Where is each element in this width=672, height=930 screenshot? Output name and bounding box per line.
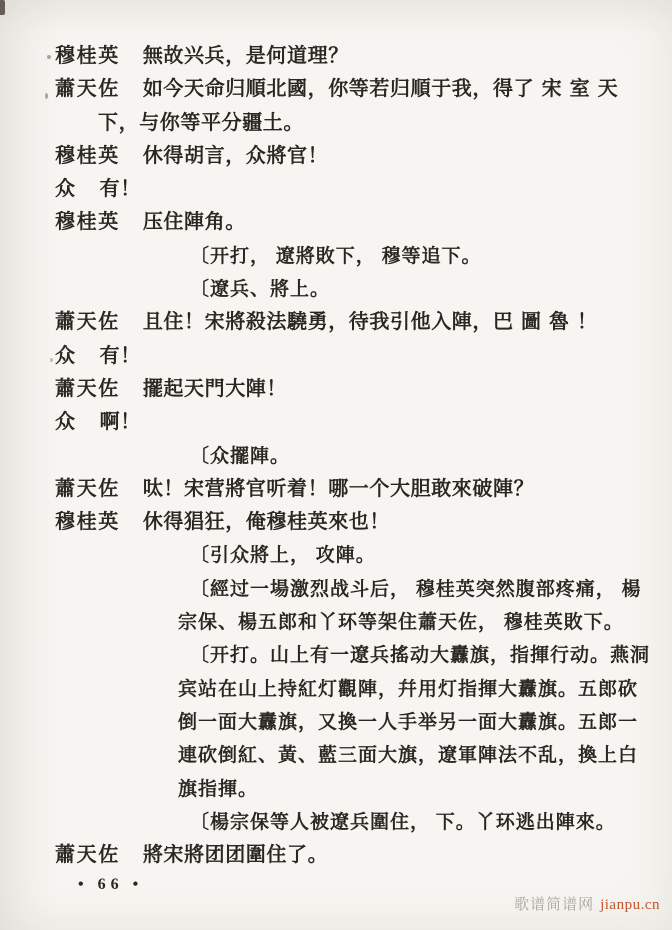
speaker-name: 穆桂英 xyxy=(55,506,120,539)
script-line: 蕭天佐呔！宋营將官听着！哪一个大胆敢來破陣？ xyxy=(0,473,672,506)
dialogue-text: 且住！宋將殺法驍勇，待我引他入陣， xyxy=(143,311,493,333)
dialogue-text: 如今天命归順北國，你等若归順于我，得 xyxy=(143,78,514,100)
script-line: 下，与你等平分疆土。 xyxy=(0,107,672,140)
speaker-name: 蕭天佐 xyxy=(55,473,120,506)
speaker-name: 蕭天佐 xyxy=(55,373,120,406)
dialogue-text: 休得胡言，众將官！ xyxy=(143,145,328,167)
script-line: 蕭天佐如今天命归順北國，你等若归順于我，得了宋室天 xyxy=(0,73,672,106)
scan-artifact-mark xyxy=(0,0,5,15)
dialogue-text: 压住陣角。 xyxy=(143,211,246,233)
stage-text: 〔遼兵、將上。 xyxy=(190,279,330,300)
stage-direction: 〔遼兵、將上。 xyxy=(0,273,672,306)
dialogue-text: 無故兴兵，是何道理？ xyxy=(143,45,349,67)
stage-direction: 旗指揮。 xyxy=(0,773,672,806)
dialogue-text: ！ xyxy=(577,311,598,333)
stage-text: 倒一面大纛旗，又換一人手举另一面大纛旗。五郎一 xyxy=(178,712,638,733)
stage-direction: 宗保、楊五郎和丫环等架住蕭天佐， 穆桂英敗下。 xyxy=(0,606,672,639)
stage-direction: 〔楊宗保等人被遼兵圍住， 下。丫环逃出陣來。 xyxy=(0,806,672,839)
dialogue-text: 將宋將团团圍住了。 xyxy=(143,844,328,866)
script-line: 蕭天佐將宋將团团圍住了。 xyxy=(0,839,672,872)
speaker-name: 蕭天佐 xyxy=(55,306,120,339)
speaker-name: 蕭天佐 xyxy=(55,73,120,106)
emphasis-text: 巴圖魯 xyxy=(493,311,577,333)
stage-direction: 〔引众將上， 攻陣。 xyxy=(0,539,672,572)
script-line: 穆桂英压住陣角。 xyxy=(0,206,672,239)
dialogue-text: 啊！ xyxy=(100,411,141,433)
document-page: 穆桂英無故兴兵，是何道理？蕭天佐如今天命归順北國，你等若归順于我，得了宋室天下，… xyxy=(0,0,672,930)
stage-direction: 宾站在山上持紅灯觀陣，幷用灯指揮大纛旗。五郎砍 xyxy=(0,673,672,706)
dialogue-text: 有！ xyxy=(100,345,141,367)
speaker-name: 众 xyxy=(55,340,77,373)
watermark-site-name: 歌谱简谱网 xyxy=(514,897,594,913)
stage-text: 〔开打， 遼將敗下， 穆等追下。 xyxy=(190,246,482,267)
stage-text: 〔引众將上， 攻陣。 xyxy=(190,545,376,566)
stage-direction: 倒一面大纛旗，又換一人手举另一面大纛旗。五郎一 xyxy=(0,706,672,739)
speaker-name: 蕭天佐 xyxy=(55,839,120,872)
dialogue-text: 休得猖狂，俺穆桂英來也！ xyxy=(143,511,390,533)
script-line: 蕭天佐且住！宋將殺法驍勇，待我引他入陣，巴圖魯！ xyxy=(0,306,672,339)
stage-direction: 〔經过一場激烈战斗后， 穆桂英突然腹部疼痛， 楊 xyxy=(0,573,672,606)
speaker-name: 众 xyxy=(55,406,77,439)
script-line: 众有！ xyxy=(0,173,672,206)
speaker-name: 穆桂英 xyxy=(55,40,120,73)
stage-text: 連砍倒紅、黃、藍三面大旗，遼軍陣法不乱，換上白 xyxy=(178,745,638,766)
stage-text: 〔經过一場激烈战斗后， 穆桂英突然腹部疼痛， 楊 xyxy=(190,579,642,600)
stage-text: 宾站在山上持紅灯觀陣，幷用灯指揮大纛旗。五郎砍 xyxy=(178,679,638,700)
dialogue-text: 有！ xyxy=(100,178,141,200)
watermark: 歌谱简谱网jianpu.cn xyxy=(514,893,660,914)
dialogue-text: 下，与你等平分疆土。 xyxy=(98,112,304,134)
script-text-block: 穆桂英無故兴兵，是何道理？蕭天佐如今天命归順北國，你等若归順于我，得了宋室天下，… xyxy=(0,40,672,872)
watermark-site-url: jianpu.cn xyxy=(600,897,660,913)
dialogue-text: 呔！宋营將官听着！哪一个大胆敢來破陣？ xyxy=(143,478,534,500)
script-line: 众有！ xyxy=(0,340,672,373)
speaker-name: 穆桂英 xyxy=(55,206,120,239)
script-line: 蕭天佐擺起天門大陣！ xyxy=(0,373,672,406)
script-line: 穆桂英休得猖狂，俺穆桂英來也！ xyxy=(0,506,672,539)
script-line: 穆桂英無故兴兵，是何道理？ xyxy=(0,40,672,73)
speaker-name: 众 xyxy=(55,173,77,206)
script-line: 众啊！ xyxy=(0,406,672,439)
script-line: 穆桂英休得胡言，众將官！ xyxy=(0,140,672,173)
page-number: • 66 • xyxy=(78,876,143,894)
stage-direction: 〔开打， 遼將敗下， 穆等追下。 xyxy=(0,240,672,273)
emphasis-text: 了宋室天 xyxy=(514,78,626,100)
stage-text: 宗保、楊五郎和丫环等架住蕭天佐， 穆桂英敗下。 xyxy=(178,612,624,633)
stage-text: 〔楊宗保等人被遼兵圍住， 下。丫环逃出陣來。 xyxy=(190,812,616,833)
stage-text: 旗指揮。 xyxy=(178,779,258,800)
stage-direction: 〔开打。山上有一遼兵搖动大纛旗，指揮行动。燕洞 xyxy=(0,639,672,672)
stage-direction: 〔众擺陣。 xyxy=(0,440,672,473)
stage-text: 〔开打。山上有一遼兵搖动大纛旗，指揮行动。燕洞 xyxy=(190,645,650,666)
speaker-name: 穆桂英 xyxy=(55,140,120,173)
stage-direction: 連砍倒紅、黃、藍三面大旗，遼軍陣法不乱，換上白 xyxy=(0,739,672,772)
stage-text: 〔众擺陣。 xyxy=(190,446,290,467)
dialogue-text: 擺起天門大陣！ xyxy=(143,378,287,400)
